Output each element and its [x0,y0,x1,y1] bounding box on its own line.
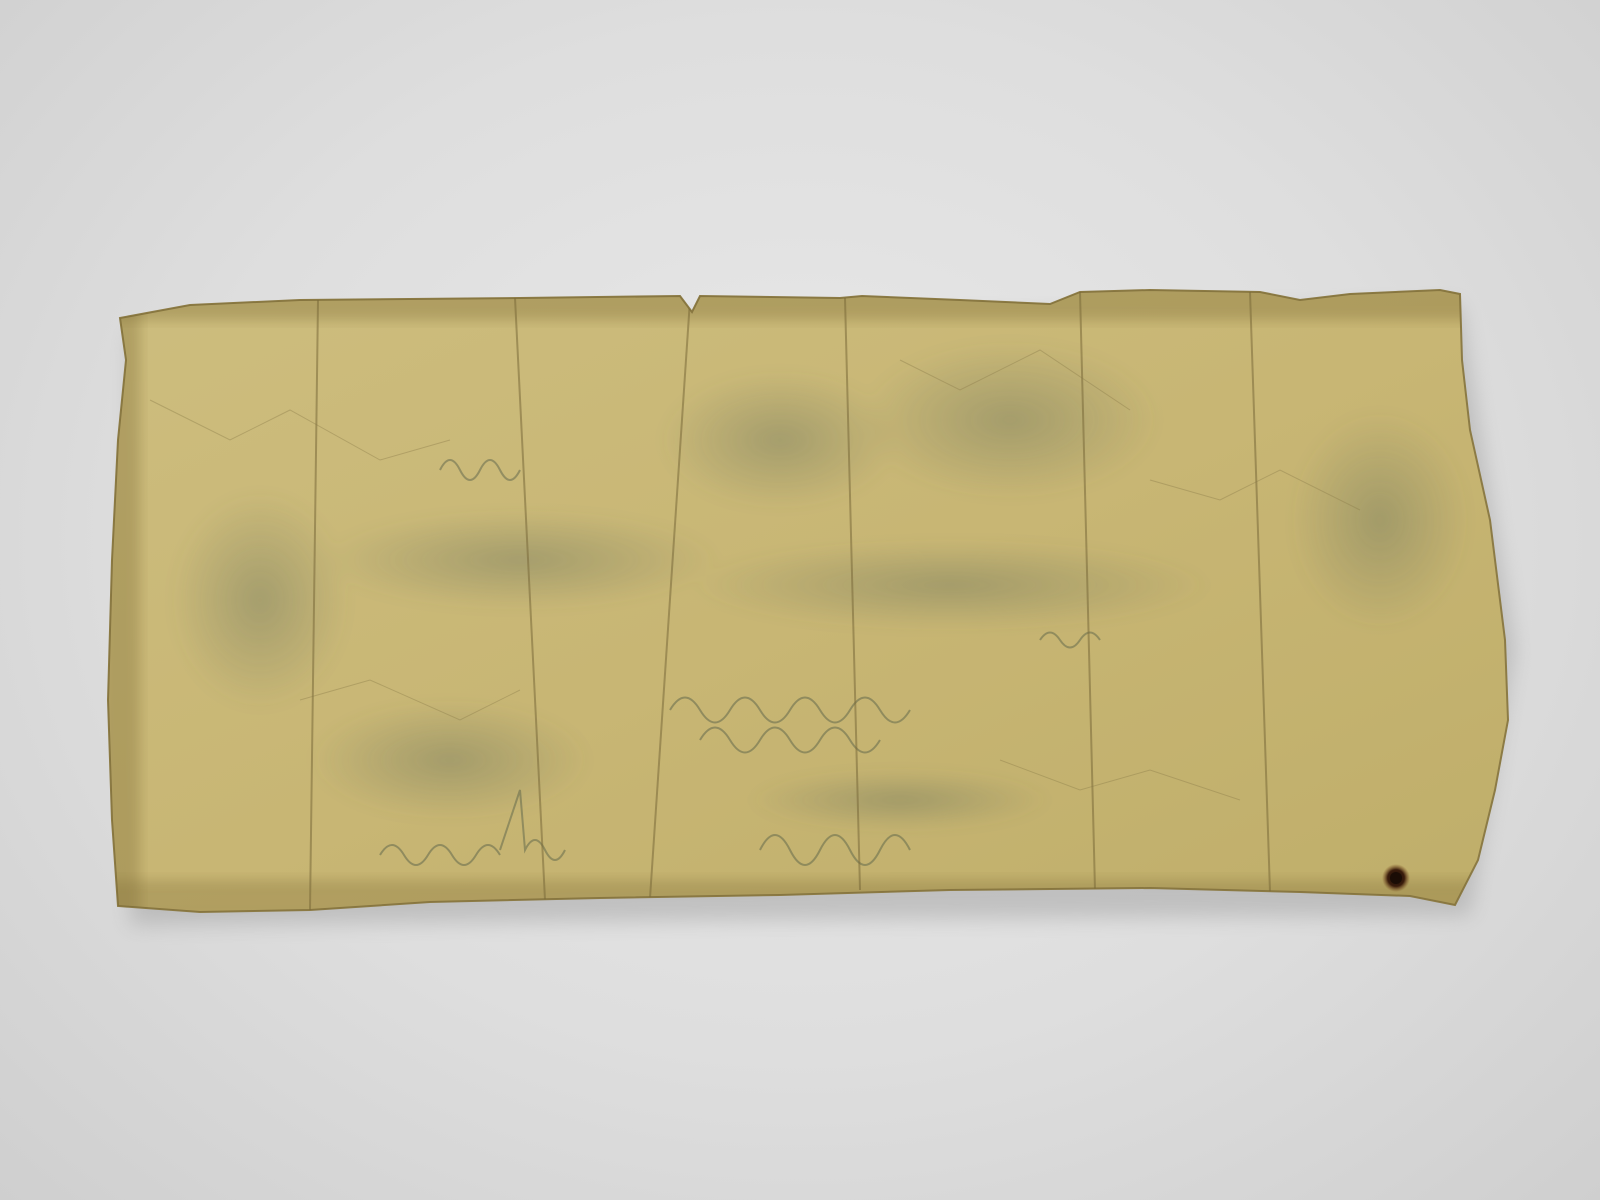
banknote-illustration [0,0,1600,1200]
photo-scene [0,0,1600,1200]
